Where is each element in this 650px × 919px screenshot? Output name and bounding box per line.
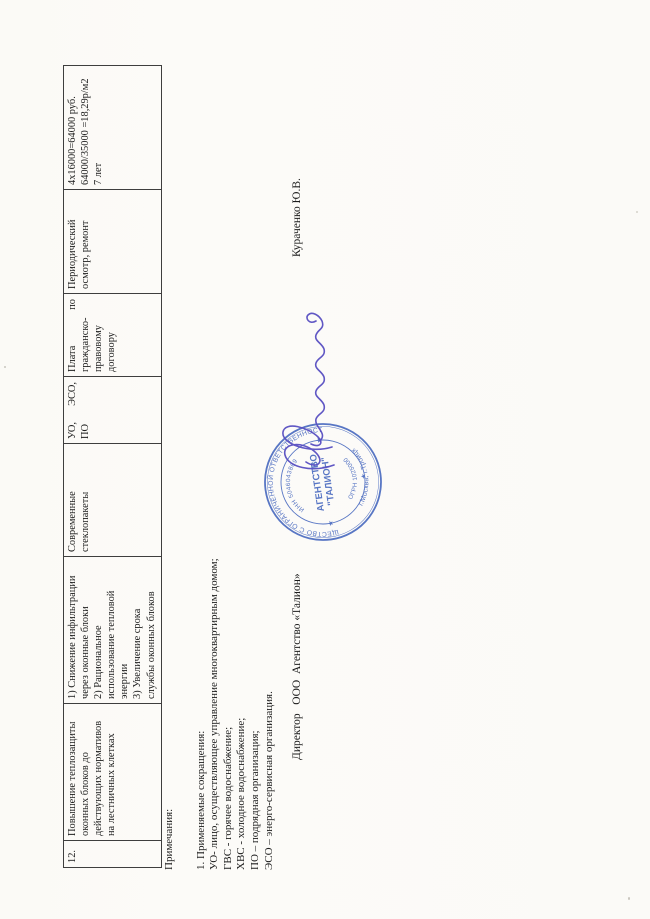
text-line: оконных блоков до <box>79 707 92 836</box>
cell-payment: Плата по гражданско- правовому договору <box>64 294 161 377</box>
cell-cost: 4х16000=64000 руб. 64000/35000 =18,29р/м… <box>64 66 161 190</box>
note-item: ПО – подрядная организация; <box>249 558 263 870</box>
text-line: Повышение теплозащиты <box>66 707 79 836</box>
notes-title: Примечания: <box>163 558 177 870</box>
text-line: Периодический <box>66 193 79 289</box>
note-item: ЭСО – энерго-сервисная организация. <box>263 558 277 870</box>
note-item: ХВС - холодное водоснабжение; <box>235 558 249 870</box>
cell-effect: 1) Снижение инфильтрации через оконные б… <box>64 557 161 704</box>
notes-subtitle: 1. Применяемые сокращения: <box>195 558 209 870</box>
text-fragment: УО, <box>66 422 79 439</box>
text-line: гражданско- <box>79 297 92 372</box>
scan-speck <box>628 897 630 900</box>
text-line: службы оконных блоков <box>145 560 158 699</box>
text-line: действующих нормативов <box>92 707 105 836</box>
text-line: 7 лет <box>92 69 105 185</box>
text-line: через оконные блоки <box>79 560 92 699</box>
cell-row-number: 12. <box>64 841 161 867</box>
text-line: ПО <box>79 380 92 439</box>
text-line: на лестничных клетках <box>105 707 118 836</box>
text-fragment: ЭСО, <box>66 382 79 406</box>
text-line: договору <box>105 297 118 372</box>
director-label: Директор ООО Агентство «Талион» <box>291 573 303 760</box>
text-line: 4х16000=64000 руб. <box>66 69 79 185</box>
notes-block: Примечания: 1. Применяемые сокращения: У… <box>163 558 276 870</box>
text-line: 3) Увеличение срока <box>131 560 144 699</box>
stamp-star-bottom-icon: ★ <box>359 473 368 480</box>
text-line: энергии <box>118 560 131 699</box>
text-line: 64000/35000 =18,29р/м2 <box>79 69 92 185</box>
text-fragment: Плата <box>66 346 79 372</box>
table-row: 12. Повышение теплозащиты оконных блоков… <box>63 65 162 868</box>
director-name: Кураченко Ю.В. <box>291 178 303 257</box>
cell-service: Периодический осмотр, ремонт <box>64 190 161 294</box>
text-fragment: по <box>66 299 79 310</box>
cell-technology: Современные стеклопакеты <box>64 444 161 557</box>
note-item: ГВС - горячее водоснабжение; <box>222 558 236 870</box>
text-line: стеклопакеты <box>79 447 92 552</box>
stamp-star-left-icon: ★ <box>326 520 335 527</box>
text-line: 1) Снижение инфильтрации <box>66 560 79 699</box>
text-line: 2) Рациональное <box>92 560 105 699</box>
row-number: 12. <box>66 844 79 863</box>
text-line: правовому <box>92 297 105 372</box>
scan-speck <box>4 366 6 368</box>
note-item: УО- лицо, осуществляющее управление мног… <box>208 558 222 870</box>
handwritten-signature <box>268 291 348 491</box>
text-line: УО, ЭСО, <box>66 380 79 439</box>
text-line: осмотр, ремонт <box>79 193 92 289</box>
text-line: Современные <box>66 447 79 552</box>
scanned-page: 12. Повышение теплозащиты оконных блоков… <box>0 0 650 919</box>
cell-executors: УО, ЭСО, ПО <box>64 377 161 444</box>
cell-measure: Повышение теплозащиты оконных блоков до … <box>64 704 161 841</box>
signature-tail-stroke <box>307 313 324 441</box>
text-line: использование тепловой <box>105 560 118 699</box>
scan-speck <box>636 211 638 213</box>
text-line: Плата по <box>66 297 79 372</box>
